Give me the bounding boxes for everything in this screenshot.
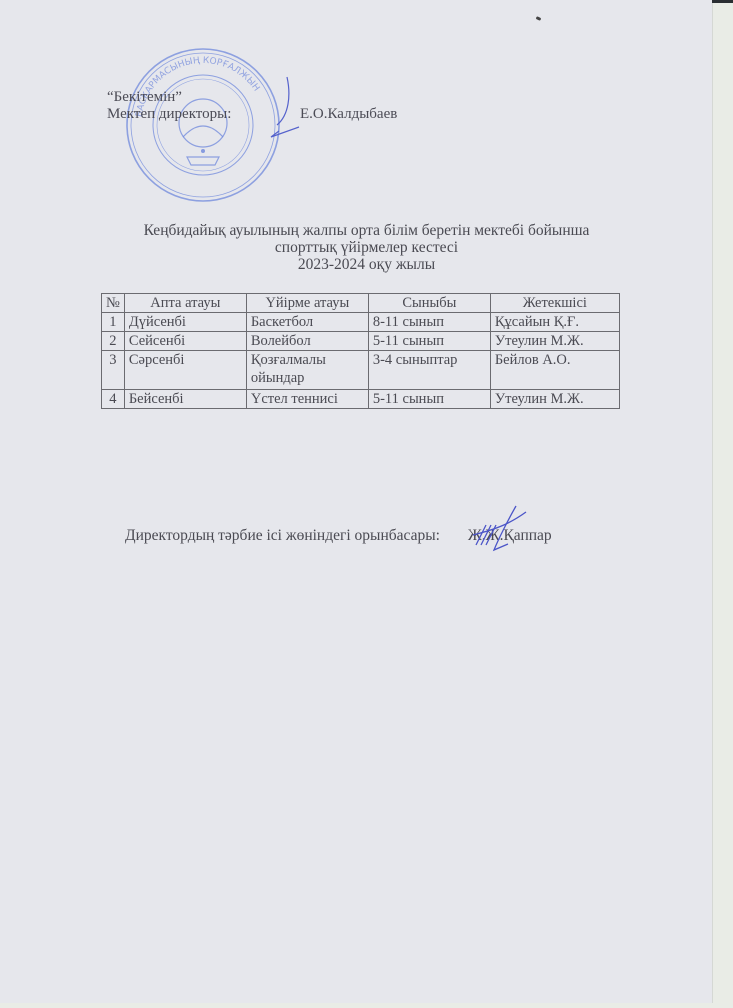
cell-leader: Құсайын Қ.Ғ. (490, 313, 619, 332)
title-line-3: 2023-2024 оқу жылы (0, 256, 733, 273)
table-row: 4 Бейсенбі Үстел теннисі 5-11 сынып Утеу… (102, 390, 620, 409)
title-line-2: спорттық үйірмелер кестесі (0, 239, 733, 256)
schedule-table: № Апта атауы Үйірме атауы Сыныбы Жетекші… (101, 293, 620, 409)
approval-position: Мектеп директоры: (107, 106, 231, 123)
scan-edge (712, 0, 733, 3)
document-title: Кеңбидайық ауылының жалпы орта білім бер… (0, 222, 733, 273)
header-club: Үйірме атауы (246, 294, 368, 313)
table-row: 1 Дүйсенбі Баскетбол 8-11 сынып Құсайын … (102, 313, 620, 332)
table-header-row: № Апта атауы Үйірме атауы Сыныбы Жетекші… (102, 294, 620, 313)
cell-weekday: Дүйсенбі (124, 313, 246, 332)
cell-leader: Бейлов А.О. (490, 351, 619, 390)
director-name: Е.О.Калдыбаев (300, 106, 397, 123)
cell-number: 1 (102, 313, 125, 332)
approval-block: “Бекітемін” Мектеп директоры: Е.О.Калдыб… (107, 89, 231, 123)
header-weekday: Апта атауы (124, 294, 246, 313)
cell-weekday: Сәрсенбі (124, 351, 246, 390)
cell-number: 4 (102, 390, 125, 409)
header-grade: Сыныбы (368, 294, 490, 313)
cell-grade: 5-11 сынып (368, 332, 490, 351)
header-number: № (102, 294, 125, 313)
cell-leader: Утеулин М.Ж. (490, 390, 619, 409)
table-row: 2 Сейсенбі Волейбол 5-11 сынып Утеулин М… (102, 332, 620, 351)
cell-grade: 8-11 сынып (368, 313, 490, 332)
director-signature (255, 75, 305, 145)
cell-weekday: Сейсенбі (124, 332, 246, 351)
cell-club: Қозғалмалы ойындар (246, 351, 368, 390)
header-leader: Жетекшісі (490, 294, 619, 313)
cell-number: 2 (102, 332, 125, 351)
scan-speck (536, 16, 542, 21)
cell-number: 3 (102, 351, 125, 390)
title-line-1: Кеңбидайық ауылының жалпы орта білім бер… (0, 222, 733, 239)
cell-club: Үстел теннисі (246, 390, 368, 409)
cell-club: Волейбол (246, 332, 368, 351)
cell-leader: Утеулин М.Ж. (490, 332, 619, 351)
cell-club: Баскетбол (246, 313, 368, 332)
deputy-position: Директордың тәрбие ісі жөніндегі орынбас… (125, 527, 440, 544)
approval-heading: “Бекітемін” (107, 89, 231, 106)
deputy-signature (468, 500, 528, 555)
cell-weekday: Бейсенбі (124, 390, 246, 409)
table-row: 3 Сәрсенбі Қозғалмалы ойындар 3-4 сыныпт… (102, 351, 620, 390)
cell-grade: 3-4 сыныптар (368, 351, 490, 390)
document-page: БАСҚАРМАСЫНЫҢ КОРҒАЛЖЫН “Бекітемін” Мект… (0, 0, 713, 1003)
cell-grade: 5-11 сынып (368, 390, 490, 409)
